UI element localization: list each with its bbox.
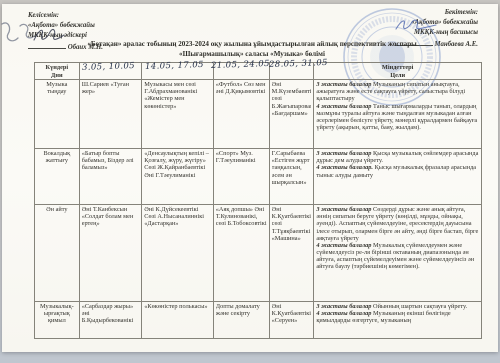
goal-age-label: 4 жастағы балалар xyxy=(316,310,371,317)
row-label: Ән айту xyxy=(35,205,80,302)
row-label: Музыка тыңдау xyxy=(35,80,80,149)
table-row-vocal-exercise: Вокалдық жаттығу «Батыр бопты бабамыз, Б… xyxy=(35,149,482,205)
goal-age-label: 4 жастағы балалар xyxy=(316,103,371,110)
signature-right xyxy=(392,17,440,33)
goal-age-label: 4 жастағы балалар xyxy=(316,242,371,249)
goals-cell: 3 жастағы балалар Қысқа музыкалық сөйлем… xyxy=(314,149,482,205)
handwritten-date-2: 14.05, 17.05 xyxy=(145,60,204,72)
handwritten-date-1: 3.05, 10.05 xyxy=(82,61,135,73)
table-row-singing: Ән айту Әні Т.Канбексын «Солдат болам ме… xyxy=(35,205,482,302)
header-days-ru: Дни xyxy=(37,72,77,78)
goal-age-label: 4 жастағы балалар. xyxy=(316,164,373,171)
paper: Келісемін: «Ақбота» бөбекжайы МКҚК-ның ә… xyxy=(2,4,498,352)
header-days-kz: Күндері xyxy=(37,64,77,72)
repertoire-cell: «Аяқ допшы» Әні Т.Кулинованікі, сөзі Б.Т… xyxy=(213,205,269,302)
repertoire-cell: Г.Сарыбаева «Естіген жұрт таңқалсын, әсе… xyxy=(269,149,314,205)
repertoire-cell: «Көкөністер полькасы» xyxy=(142,302,214,339)
goal-paragraph: 3 жастағы балалар Ойынның шартын сақтауғ… xyxy=(316,303,479,310)
repertoire-cell: Ш.Сариев «Туған жер» xyxy=(79,80,142,149)
goal-paragraph: 3 жастағы балалар Сөздерді дұрыс және ан… xyxy=(316,206,479,242)
table-row-rhythmic-movement: Музыкалық-ырғақтық қимыл «Сарбаздар жыры… xyxy=(35,302,482,339)
repertoire-cell: Әні К.Қуатбаевтікі, сөзі Т.Тұяқбаевтікі … xyxy=(269,205,314,302)
goal-paragraph: 4 жастағы балалар. Қысқа музыкалық фраза… xyxy=(316,164,479,178)
goal-age-label: 3 жастағы балалар xyxy=(316,150,371,157)
repertoire-cell: Допты домалату және секірту xyxy=(213,302,269,339)
goal-age-label: 3 жастағы балалар xyxy=(316,303,371,310)
repertoire-cell: «Сарбаздар жыры» әні Б.Қыдырбекованікі xyxy=(79,302,142,339)
document-title: «Ботақан» аралас тобының 2023-2024 оқу ж… xyxy=(42,40,462,59)
repertoire-cell: Музыкасы мен сөзі Г.Абдрахманованікі «Же… xyxy=(142,80,214,149)
repertoire-cell: «Спорт» Муз. Г.Тәеулиманікі xyxy=(213,149,269,205)
plan-table: Күндері Дни Міндеттері Цели Музыка тыңда… xyxy=(34,62,482,339)
title-line1: «Ботақан» аралас тобының 2023-2024 оқу ж… xyxy=(42,40,462,50)
goals-cell: 3 жастағы балалар Сөздерді дұрыс және ан… xyxy=(314,205,482,302)
header-goals-kz: Міндеттері xyxy=(316,64,479,72)
goal-paragraph: 4 жастағы балалар Музыкалық сүйемелдеуме… xyxy=(316,242,479,271)
handwritten-date-3: 21.05, 24.05 xyxy=(211,59,270,71)
repertoire-cell: Әні М.Күзембаевтікі, сөзі Б.Жағыпаровані… xyxy=(269,80,314,149)
goal-age-label: 3 жастағы балалар xyxy=(316,81,371,88)
repertoire-cell: Әні К.Дүйсекеевтікі Сөзі А.Нысаналиннікі… xyxy=(142,205,214,302)
handwritten-date-4: 28.05, 31.05 xyxy=(269,58,328,70)
header-goals-ru: Цели xyxy=(316,72,479,78)
goal-paragraph: 3 жастағы балалар Қысқа музыкалық сөйлем… xyxy=(316,150,479,164)
repertoire-cell: «Батыр бопты бабамыз, Біздер әлі баламыз… xyxy=(79,149,142,205)
goal-text: Ойынның шартын сақтауға үйрету. xyxy=(373,303,467,310)
goal-paragraph: 4 жастағы балалар Таныс шығармаларды тан… xyxy=(316,103,479,132)
repertoire-cell: «Денсаулықтың кепілі – Қозғалу, жүру, жү… xyxy=(142,149,214,205)
goal-paragraph: 4 жастағы балалар Музыканың екінші бөліг… xyxy=(316,310,479,324)
header-days: Күндері Дни xyxy=(35,63,80,80)
title-line2: «Шығармашылық» саласы «Музыка» бөлімі xyxy=(42,50,462,60)
row-label: Вокалдық жаттығу xyxy=(35,149,80,205)
repertoire-cell: «Футбол» Сөз мен әні Д.Қиқымовтікі xyxy=(213,80,269,149)
table-row-music-listening: Музыка тыңдау Ш.Сариев «Туған жер» Музык… xyxy=(35,80,482,149)
document-photo: Келісемін: «Ақбота» бөбекжайы МКҚК-ның ә… xyxy=(0,0,500,363)
approval-left-line1: Келісемін: xyxy=(28,11,188,21)
row-label: Музыкалық-ырғақтық қимыл xyxy=(35,302,80,339)
goal-age-label: 3 жастағы балалар xyxy=(316,206,371,213)
goals-cell: 3 жастағы балалар Музыканың сипатын анық… xyxy=(314,80,482,149)
goal-paragraph: 3 жастағы балалар Музыканың сипатын анық… xyxy=(316,81,479,103)
repertoire-cell: Әні Т.Канбексын «Солдат болам мен ертең» xyxy=(79,205,142,302)
repertoire-cell: Әні К.Қуатбаевтікі «Серуен» xyxy=(269,302,314,339)
header-goals: Міндеттері Цели xyxy=(314,63,482,80)
goals-cell: 3 жастағы балалар Ойынның шартын сақтауғ… xyxy=(314,302,482,339)
